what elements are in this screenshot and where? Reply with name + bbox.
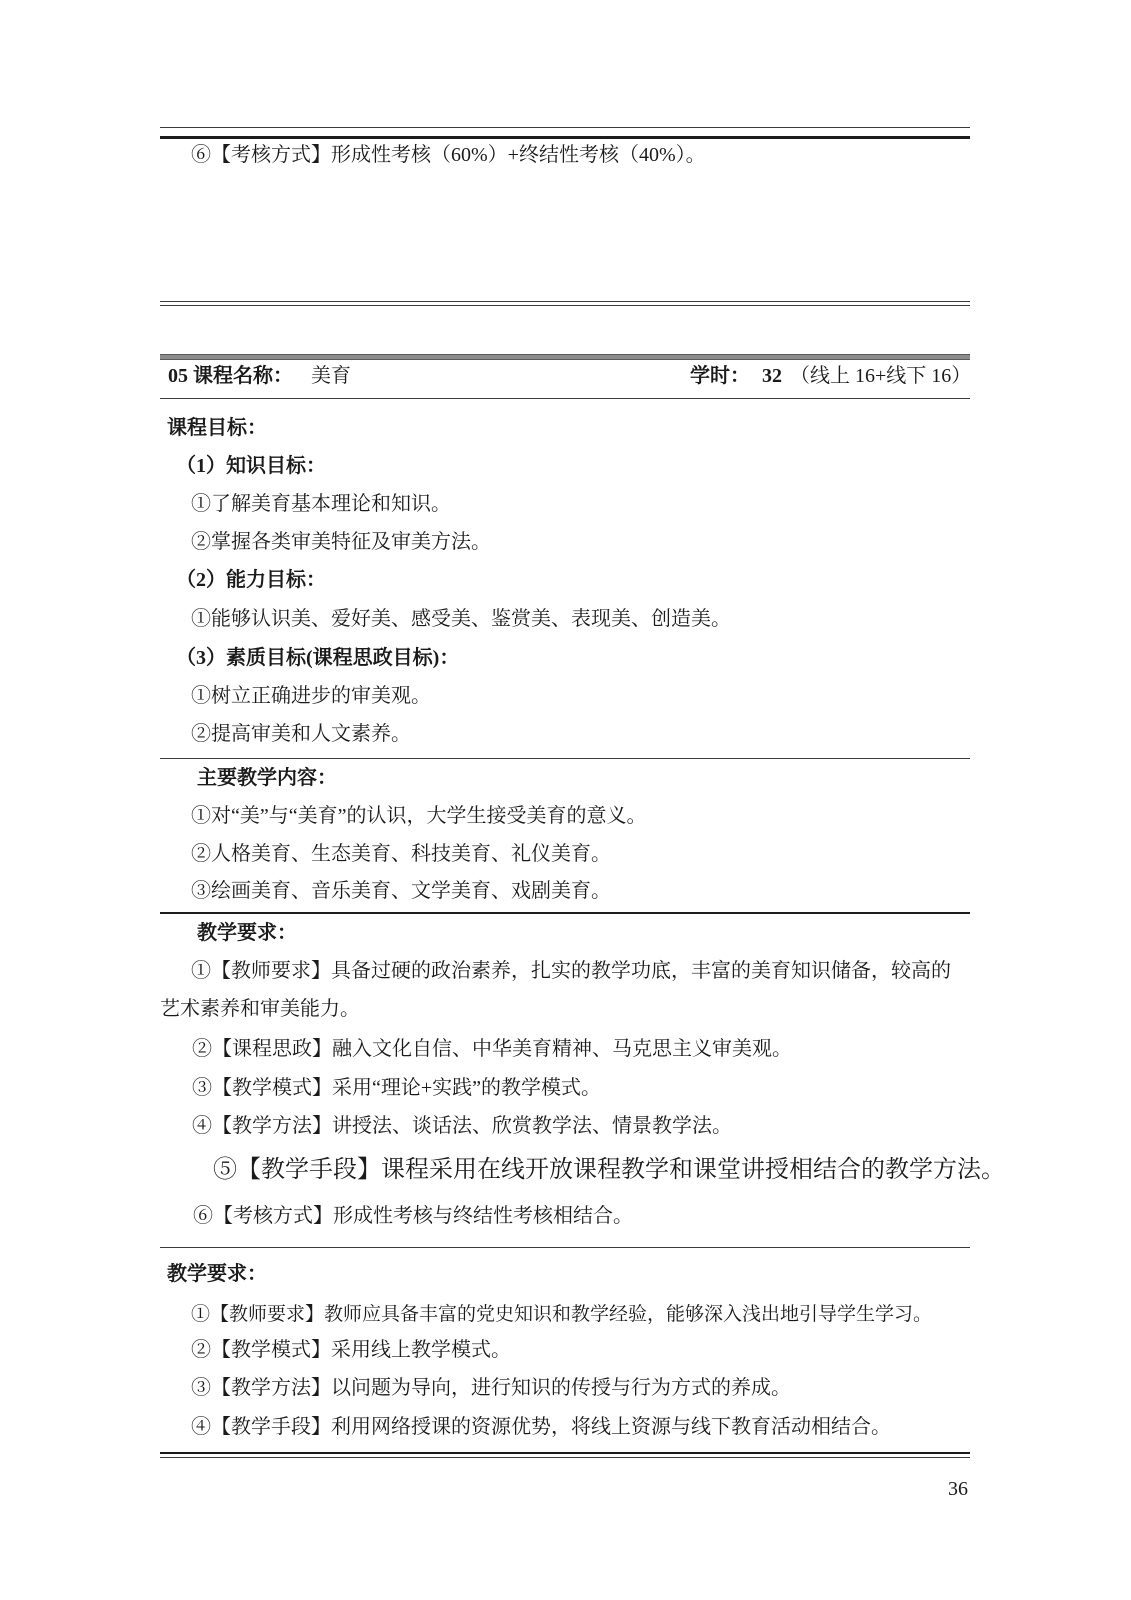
header-row-bottom-border — [160, 398, 970, 399]
course-name: 美育 — [311, 365, 351, 387]
requirements-section-top-border — [160, 912, 970, 914]
ability-objective-heading: （2）能力目标： — [176, 567, 326, 593]
divider-top-thin — [160, 127, 970, 128]
knowledge-objective-heading: （1）知识目标： — [176, 453, 326, 479]
teaching-content-line: ②人格美育、生态美育、科技美育、礼仪美育。 — [191, 841, 611, 867]
requirement2-line-method: ③【教学方法】以问题为导向，进行知识的传授与行为方式的养成。 — [191, 1375, 791, 1401]
document-page: ⑥【考核方式】形成性考核（60%）+终结性考核（40%）。 05 课程名称：美育… — [0, 0, 1131, 1600]
course-hours: 学时：32（线上 16+线下 16） — [690, 363, 971, 389]
hours-value: 32 — [762, 365, 782, 387]
requirement2-line-mode: ②【教学模式】采用线上教学模式。 — [191, 1337, 511, 1363]
requirement2-line-means: ④【教学手段】利用网络授课的资源优势，将线上资源与线下教育活动相结合。 — [191, 1414, 891, 1440]
requirement2-line-teacher: ①【教师要求】教师应具备丰富的党史知识和教学经验，能够深入浅出地引导学生学习。 — [191, 1299, 932, 1326]
table-bottom-border-upper — [160, 1452, 970, 1454]
quality-objective-line: ①树立正确进步的审美观。 — [191, 683, 431, 709]
course-index-label: 05 课程名称： — [168, 365, 293, 387]
course-header-row: 05 课程名称：美育 — [168, 363, 351, 389]
prev-assessment-line: ⑥【考核方式】形成性考核（60%）+终结性考核（40%）。 — [191, 142, 706, 168]
teaching-content-line: ③绘画美育、音乐美育、文学美育、戏剧美育。 — [191, 878, 611, 904]
teaching-content-line: ①对“美”与“美育”的认识，大学生接受美育的意义。 — [191, 803, 647, 829]
page-number: 36 — [948, 1478, 968, 1501]
requirement-line-method: ④【教学方法】讲授法、谈话法、欣赏教学法、情景教学法。 — [192, 1113, 732, 1139]
quality-objective-heading: （3）素质目标(课程思政目标)： — [176, 645, 459, 671]
teaching-content-title: 主要教学内容： — [197, 765, 337, 791]
ability-objective-line: ①能够认识美、爱好美、感受美、鉴赏美、表现美、创造美。 — [191, 606, 731, 632]
divider-top-thick — [160, 136, 970, 139]
quality-objective-line: ②提高审美和人文素养。 — [191, 721, 411, 747]
requirement-line-ideology: ②【课程思政】融入文化自信、中华美育精神、马克思主义审美观。 — [192, 1036, 792, 1062]
divider-double-upper — [160, 301, 970, 302]
teaching-requirements-title: 教学要求： — [197, 920, 297, 946]
content-section-top-border — [160, 758, 970, 759]
teacher-requirement-paragraph: ①【教师要求】具备过硬的政治素养，扎实的教学功底，丰富的美育知识储备，较高的艺术… — [160, 952, 952, 1028]
requirement-line-means: ⑤【教学手段】课程采用在线开放课程教学和课堂讲授相结合的教学方法。 — [213, 1155, 1005, 1185]
table-bottom-border-lower — [160, 1457, 970, 1458]
requirement-line-mode: ③【教学模式】采用“理论+实践”的教学模式。 — [192, 1075, 601, 1101]
knowledge-objective-line: ①了解美育基本理论和知识。 — [191, 491, 451, 517]
hours-label: 学时： — [690, 365, 750, 387]
divider-double-lower — [160, 305, 970, 306]
course-table-top-border — [160, 354, 970, 360]
second-requirements-top-border — [160, 1247, 970, 1248]
knowledge-objective-line: ②掌握各类审美特征及审美方法。 — [191, 529, 491, 555]
teaching-requirements-2-title: 教学要求： — [167, 1261, 267, 1287]
requirement-line-assessment: ⑥【考核方式】形成性考核与终结性考核相结合。 — [193, 1203, 633, 1229]
objectives-title: 课程目标： — [167, 415, 267, 441]
hours-detail: （线上 16+线下 16） — [790, 365, 971, 387]
